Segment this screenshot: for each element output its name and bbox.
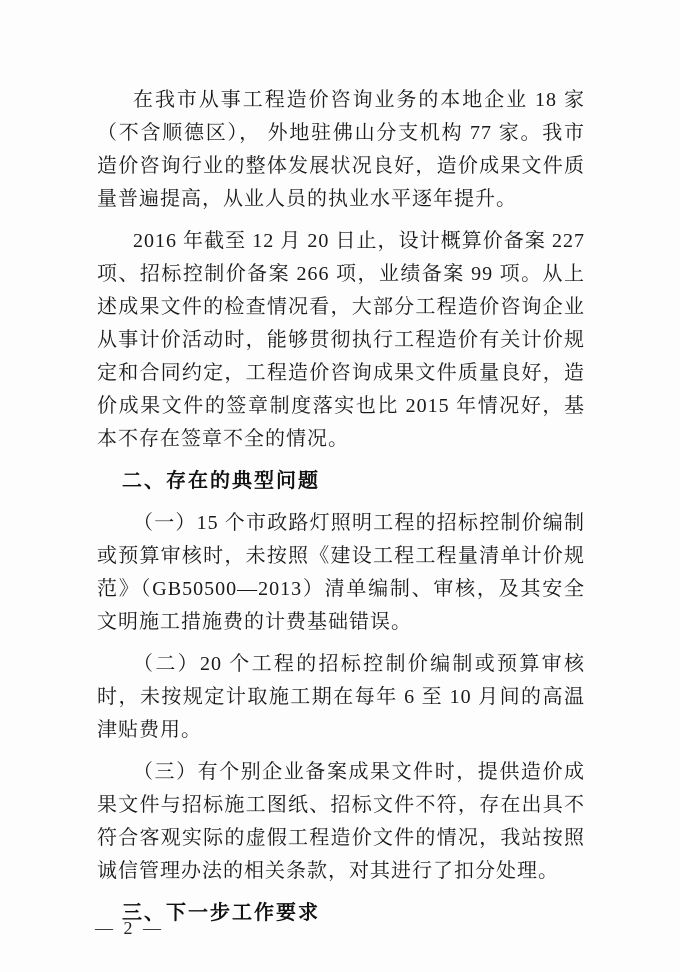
paragraph-filing-statistics: 2016 年截至 12 月 20 日止，设计概算价备案 227 项、招标控制价备…: [97, 225, 585, 456]
paragraph-problem-two: （二）20 个工程的招标控制价编制或预算审核时，未按规定计取施工期在每年 6 至…: [97, 648, 585, 747]
section-heading-typical-problems: 二、存在的典型问题: [97, 465, 585, 498]
page-number: — 2 —: [95, 918, 164, 939]
paragraph-problem-one: （一）15 个市政路灯照明工程的招标控制价编制或预算审核时，未按照《建设工程工程…: [97, 507, 585, 639]
document-body: 在我市从事工程造价咨询业务的本地企业 18 家（不含顺德区）， 外地驻佛山分支机…: [97, 84, 585, 939]
document-page: 在我市从事工程造价咨询业务的本地企业 18 家（不含顺德区）， 外地驻佛山分支机…: [0, 0, 680, 972]
paragraph-problem-three: （三）有个别企业备案成果文件时，提供造价成果文件与招标施工图纸、招标文件不符，存…: [97, 756, 585, 888]
paragraph-industry-overview: 在我市从事工程造价咨询业务的本地企业 18 家（不含顺德区）， 外地驻佛山分支机…: [97, 84, 585, 216]
section-heading-next-steps: 三、下一步工作要求: [97, 897, 585, 930]
